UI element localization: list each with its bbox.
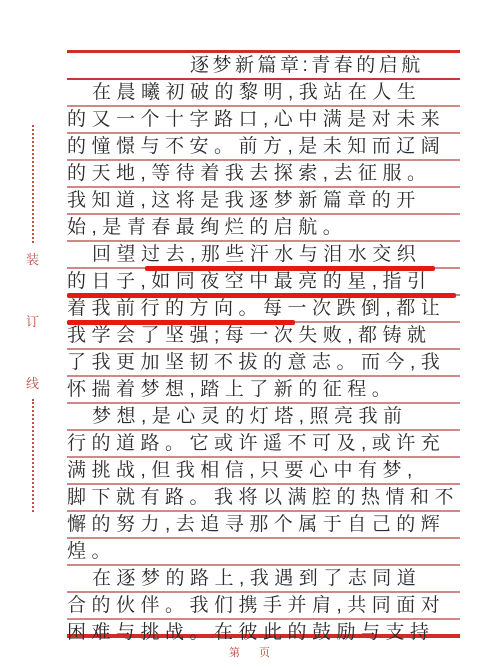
essay-line-text: 合的伙伴。我们携手并肩,共同面对 [67, 593, 460, 618]
essay-line: 我学会了坚强;每一次失败,都铸就 [67, 323, 460, 350]
footer-page-label-prefix: 第 [229, 647, 241, 659]
essay-line-text: 在逐梦的路上,我遇到了志同道 [67, 566, 460, 591]
essay-line-text: 的又一个十字路口,心中满是对未来 [67, 107, 460, 132]
footer-page-label-suffix: 页 [259, 647, 271, 659]
essay-line-text: 的天地,等待着我去探索,去征服。 [67, 161, 460, 186]
essay-line: 懈的努力,去追寻那个属于自己的辉 [67, 512, 460, 539]
essay-line-text: 的憧憬与不安。前方,是未知而辽阔 [67, 134, 460, 159]
essay-title-row: 逐梦新篇章:青春的启航 [67, 53, 460, 80]
essay-line-text: 懈的努力,去追寻那个属于自己的辉 [67, 512, 460, 537]
essay-line-text: 我学会了坚强;每一次失败,都铸就 [67, 323, 460, 348]
essay-line: 满挑战,但我相信,只要心中有梦, [67, 458, 460, 485]
essay-line: 怀揣着梦想,踏上了新的征程。 [67, 377, 460, 404]
essay-line-text: 行的道路。它或许遥不可及,或许充 [67, 431, 460, 456]
composition-page: 装订线 逐梦新篇章:青春的启航在晨曦初破的黎明,我站在人生的又一个十字路口,心中… [0, 0, 500, 668]
essay-line-text: 了我更加坚韧不拔的意志。而今,我 [67, 350, 460, 375]
essay-line-text: 困难与挑战。在彼此的鼓励与支持 [67, 620, 460, 645]
essay-line: 梦想,是心灵的灯塔,照亮我前 [67, 404, 460, 431]
essay-line: 在逐梦的路上,我遇到了志同道 [67, 566, 460, 593]
red-underline-mark [67, 320, 295, 325]
essay-line: 合的伙伴。我们携手并肩,共同面对 [67, 593, 460, 620]
essay-line: 回望过去,那些汗水与泪水交织 [67, 242, 460, 269]
essay-line-text: 着我前行的方向。每一次跌倒,都让 [67, 296, 460, 321]
binding-char: 线 [24, 377, 41, 391]
essay-line-text: 始,是青春最绚烂的启航。 [67, 215, 460, 240]
essay-line: 脚下就有路。我将以满腔的热情和不 [67, 485, 460, 512]
essay-grid: 逐梦新篇章:青春的启航在晨曦初破的黎明,我站在人生的又一个十字路口,心中满是对未… [67, 50, 460, 638]
binding-char: 装 [24, 253, 41, 267]
essay-line: 的日子,如同夜空中最亮的星,指引 [67, 269, 460, 296]
essay-line-text: 的日子,如同夜空中最亮的星,指引 [67, 269, 460, 294]
essay-line: 的又一个十字路口,心中满是对未来 [67, 107, 460, 134]
essay-line: 的天地,等待着我去探索,去征服。 [67, 161, 460, 188]
essay-line-text: 我知道,这将是我逐梦新篇章的开 [67, 188, 460, 213]
essay-line-text: 在晨曦初破的黎明,我站在人生 [67, 80, 460, 105]
essay-line: 始,是青春最绚烂的启航。 [67, 215, 460, 242]
essay-line-text: 满挑战,但我相信,只要心中有梦, [67, 458, 460, 483]
essay-line: 困难与挑战。在彼此的鼓励与支持 [67, 620, 460, 645]
essay-line: 着我前行的方向。每一次跌倒,都让 [67, 296, 460, 323]
essay-line-text: 脚下就有路。我将以满腔的热情和不 [67, 485, 460, 510]
essay-title: 逐梦新篇章:青春的启航 [67, 53, 460, 78]
red-underline-mark [67, 293, 456, 298]
essay-line-text: 回望过去,那些汗水与泪水交织 [67, 242, 460, 267]
essay-line: 行的道路。它或许遥不可及,或许充 [67, 431, 460, 458]
binding-char: 订 [24, 315, 41, 329]
essay-line: 煌。 [67, 539, 460, 566]
essay-line: 我知道,这将是我逐梦新篇章的开 [67, 188, 460, 215]
essay-line-text: 煌。 [67, 539, 460, 564]
essay-line: 在晨曦初破的黎明,我站在人生 [67, 80, 460, 107]
red-underline-mark [145, 266, 435, 271]
binding-dotted-line-top [32, 125, 34, 243]
essay-line: 的憧憬与不安。前方,是未知而辽阔 [67, 134, 460, 161]
binding-dotted-line-bottom [32, 399, 34, 512]
essay-line-text: 怀揣着梦想,踏上了新的征程。 [67, 377, 460, 402]
essay-line: 了我更加坚韧不拔的意志。而今,我 [67, 350, 460, 377]
page-footer: 第页 [0, 644, 500, 660]
essay-line-text: 梦想,是心灵的灯塔,照亮我前 [67, 404, 460, 429]
